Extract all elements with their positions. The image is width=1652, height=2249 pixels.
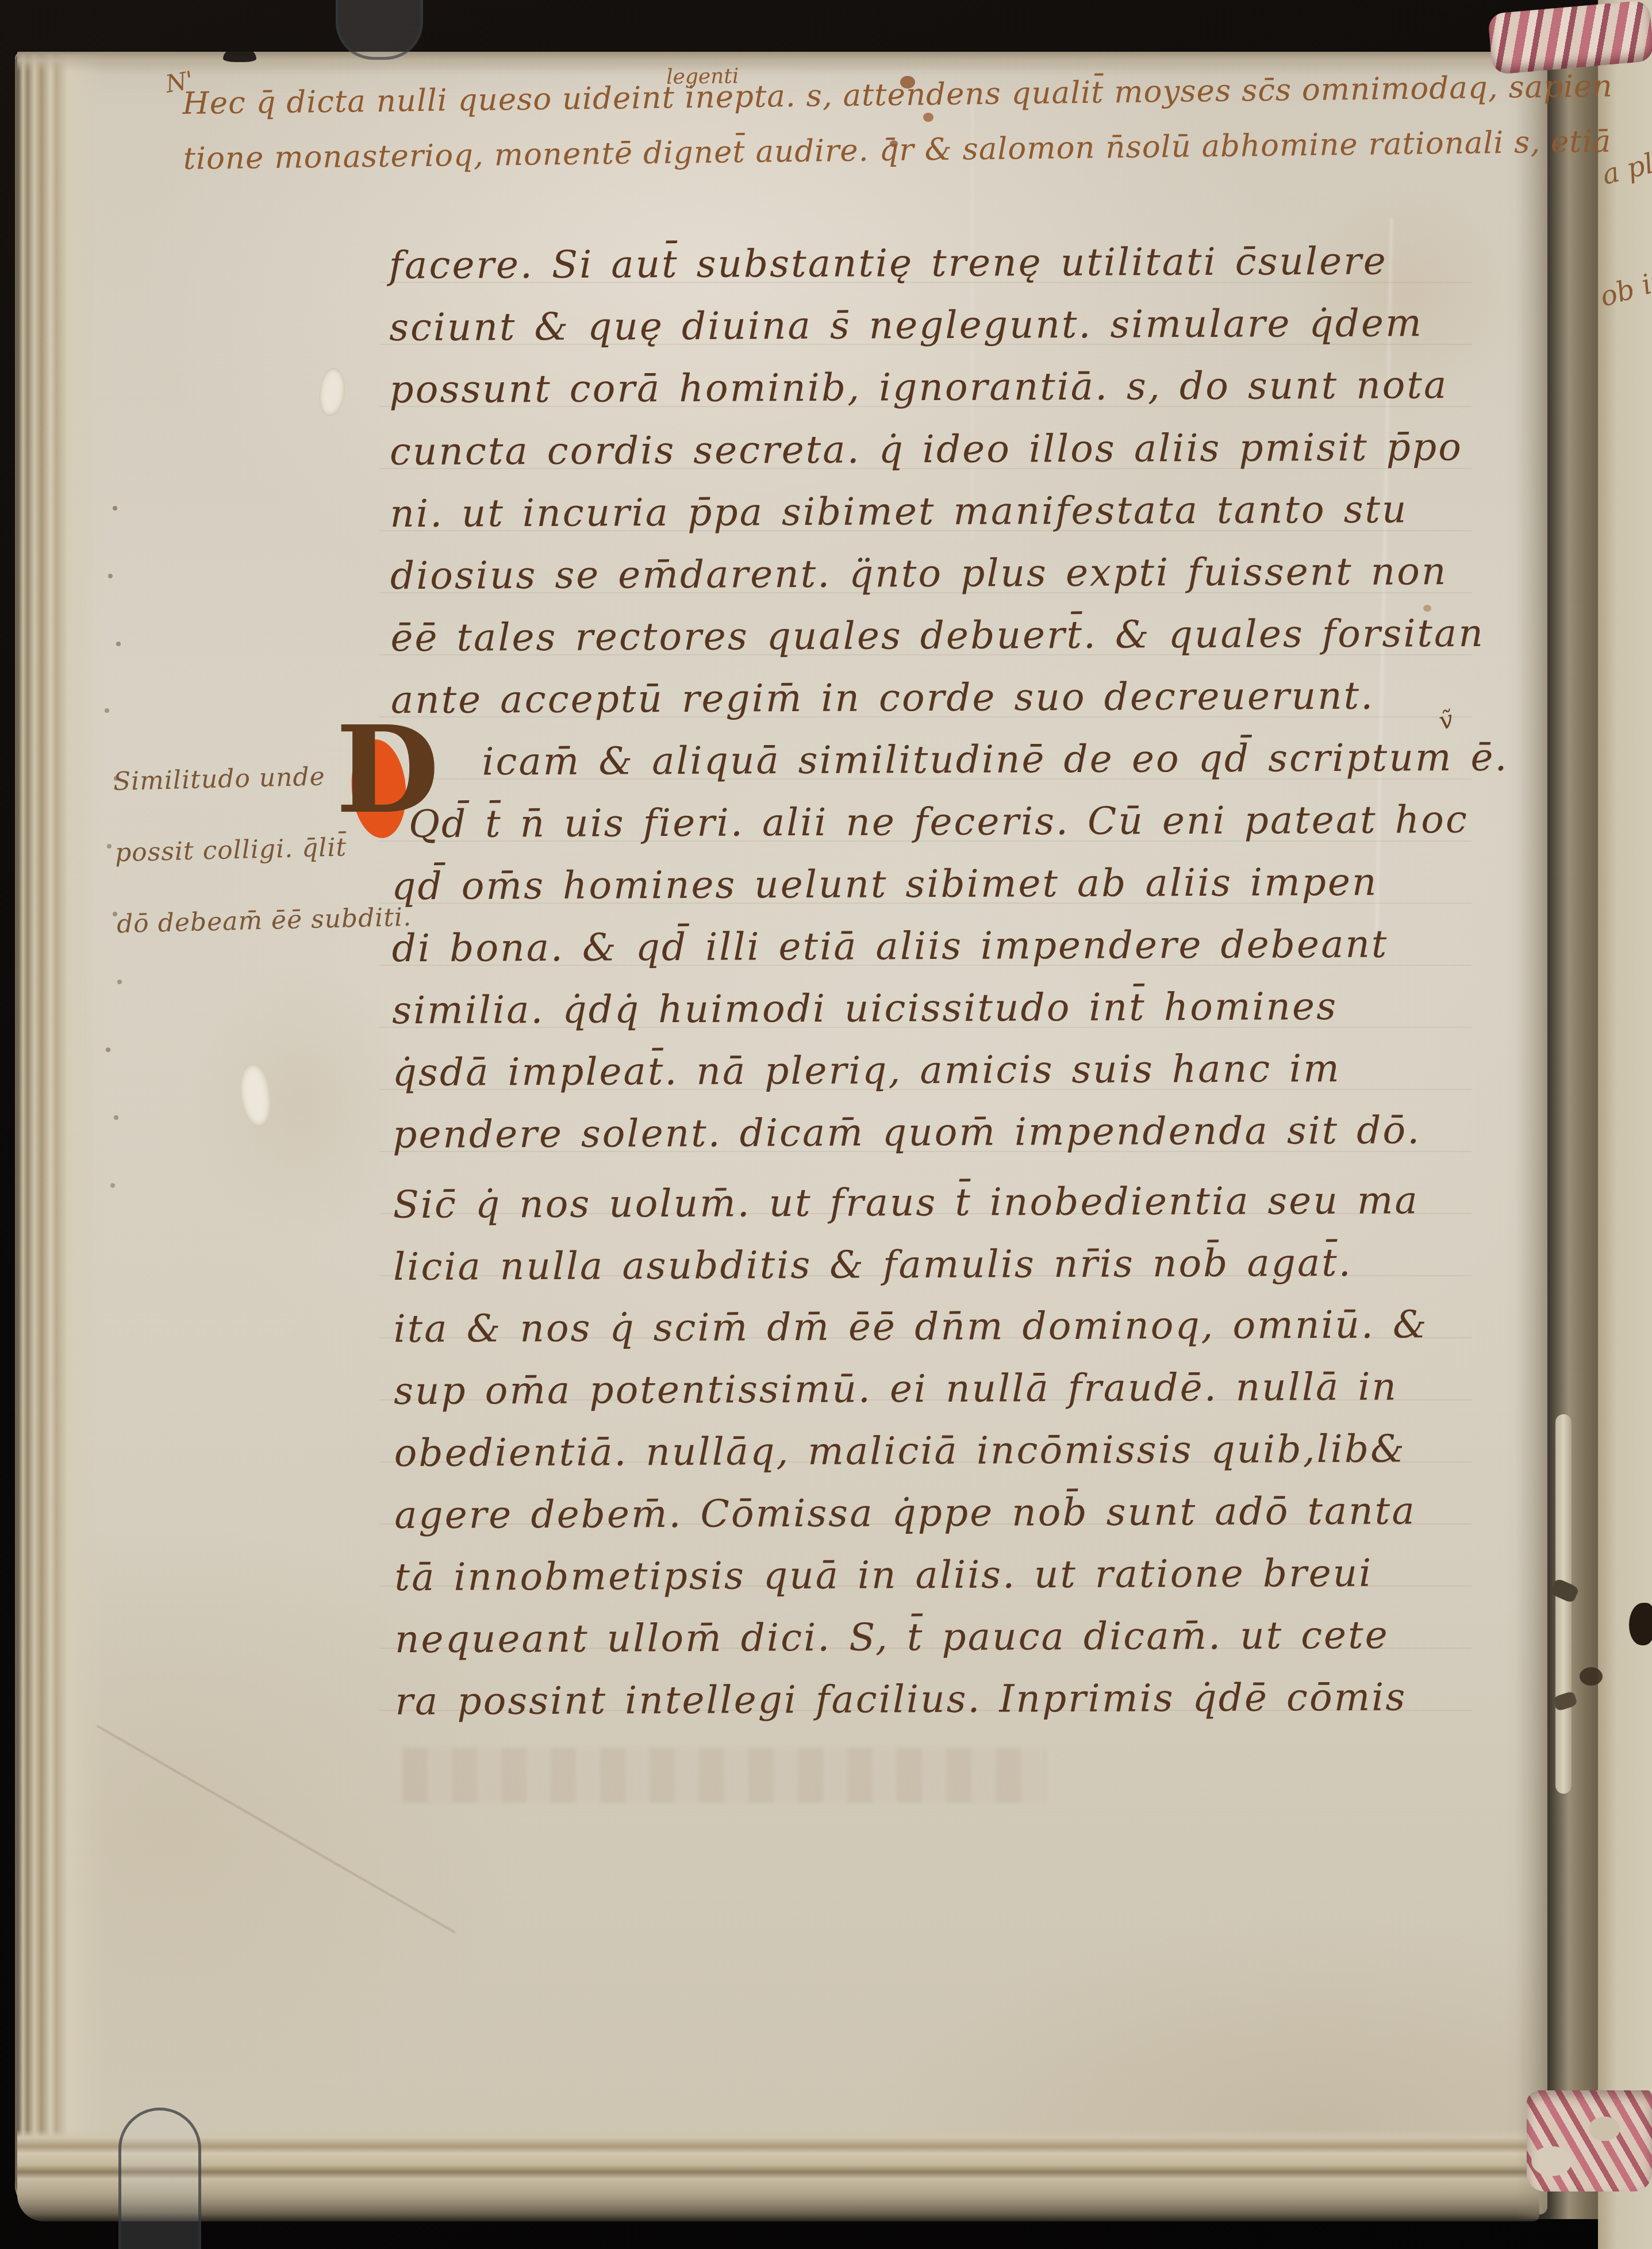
text-line: qd̄ om̄s homines uelunt sibimet ab aliis… <box>391 851 1472 918</box>
text-line: facere. Si aut̄ substantię trenę utilita… <box>389 230 1469 297</box>
glass-clip-top <box>336 0 423 60</box>
pricking-marks <box>113 506 117 511</box>
pink-endband-bottom <box>1527 2090 1652 2192</box>
text-line: ra possint intellegi facilius. Inprimis … <box>395 1666 1476 1733</box>
facing-page-text-fragment: ob inse <box>1598 257 1652 313</box>
text-line: obedientiā. nullāq, maliciā incōmissis q… <box>394 1418 1474 1484</box>
glass-clip-bottom <box>118 2108 201 2249</box>
text-line: diosius se em̄darent. q̈nto plus expti f… <box>390 540 1471 607</box>
text-line: ēē tales rectores quales debuert̄. & qua… <box>390 602 1471 669</box>
ink-bleedthrough <box>402 1748 1046 1803</box>
text-line: q̇sdā impleat̄. nā pleriq, amicis suis h… <box>392 1037 1473 1104</box>
text-line: sup om̄a potentissimū. ei nullā fraudē. … <box>394 1356 1474 1422</box>
dark-edge-blob <box>223 47 256 62</box>
text-line: similia. q̇dq̇ huimodi uicissitudo int̄ … <box>392 975 1473 1042</box>
page-stack-left-edges <box>15 54 106 2210</box>
text-line: licia nulla asubditis & famulis nr̄is no… <box>393 1231 1474 1298</box>
text-line: cuncta cordis secreta. q̇ ideo illos ali… <box>390 416 1470 483</box>
text-line: ita & nos q̇ scim̄ dm̄ ēē dn̄m dominoq, … <box>393 1294 1474 1360</box>
binding-gutter <box>1515 52 1601 2219</box>
text-line: sciunt & quę diuina s̄ neglegunt. simula… <box>389 292 1470 359</box>
parchment-hole <box>1580 1667 1603 1686</box>
text-line: Sic̄ q̇ nos uolum̄. ut fraus t̄ inobedie… <box>393 1169 1473 1236</box>
text-line: agere debem̄. Cōmissa q̇ppe nob̄ sunt ad… <box>394 1480 1475 1546</box>
parchment-hole <box>1629 1603 1652 1645</box>
text-line: pendere solent. dicam̄ quom̄ impendenda … <box>393 1099 1473 1166</box>
margin-note-line: dō debeam̄ ēē subditi. <box>116 882 413 960</box>
text-line: ante acceptū regim̄ in corde suo decreue… <box>391 665 1472 731</box>
page-stack-bottom-edges <box>17 2129 1539 2221</box>
manuscript-photo: a ple ob inse N' legenti Hec q̄ dicta nu… <box>0 0 1652 2249</box>
added-header-text: legenti Hec q̄ dicta nulli queso uideint… <box>182 59 1597 187</box>
text-line: tā innobmetipsis quā in aliis. ut ration… <box>394 1542 1475 1609</box>
text-line: nequeant ullom̄ dici. S, t̄ pauca dicam̄… <box>395 1604 1476 1671</box>
text-line: di bona. & qd̄ illi etiā aliis impendere… <box>392 913 1473 980</box>
text-line: icam̄ & aliquā similitudinē de eo qd̄ sc… <box>391 727 1472 793</box>
parchment-stain <box>190 966 408 1242</box>
facing-page-sliver: a ple ob inse <box>1598 0 1652 2249</box>
text-line: possunt corā hominib, ignorantiā. s, do … <box>389 354 1470 421</box>
text-line: Qd̄ t̄ n̄ uis fieri. alii ne feceris. Cū… <box>391 789 1472 855</box>
main-text-block: facere. Si aut̄ substantię trenę utilita… <box>389 230 1476 1733</box>
sewing-cord <box>1555 1414 1572 1794</box>
text-line: ni. ut incuria p̄pa sibimet manifestata … <box>390 478 1470 545</box>
